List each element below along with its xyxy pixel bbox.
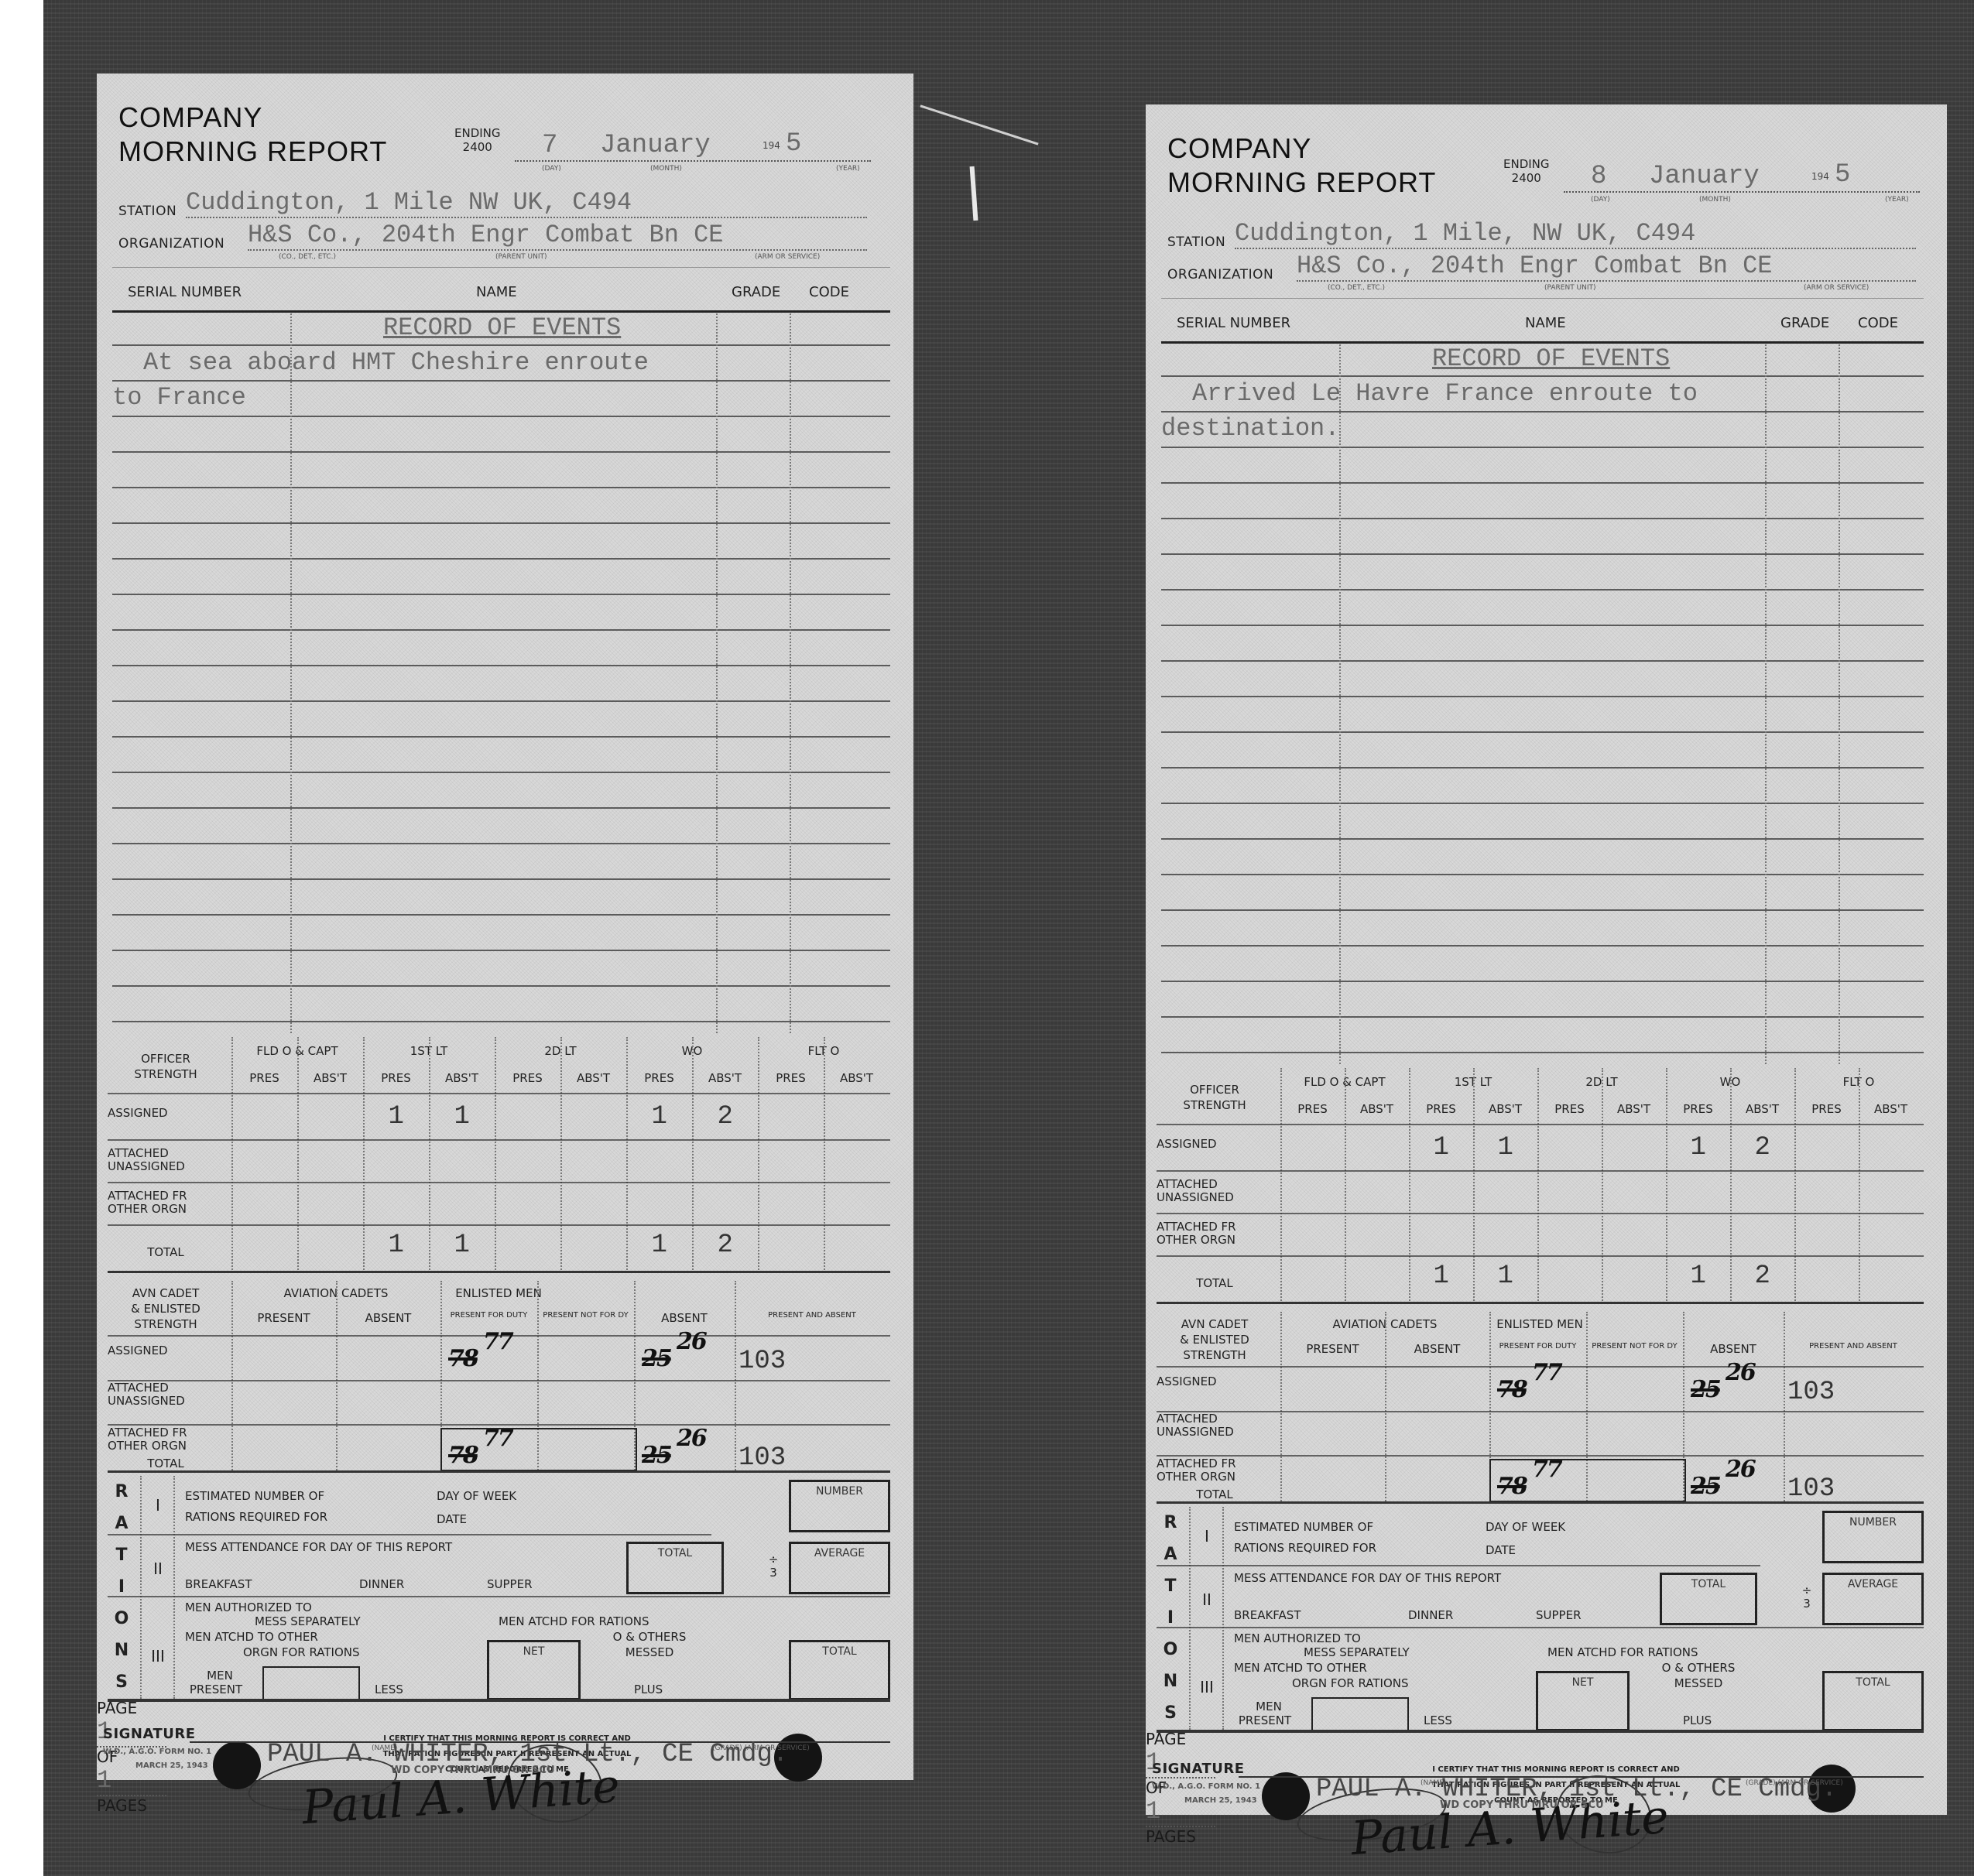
enlisted-label: AVN CADET	[108, 1287, 224, 1300]
dinner-label: DINNER	[359, 1578, 404, 1591]
record-line	[1161, 1052, 1924, 1053]
row-label-assigned: ASSIGNED	[108, 1107, 224, 1120]
day-of-week-label: DAY OF WEEK	[1486, 1521, 1565, 1534]
o-others-label: O & OTHERS	[1652, 1662, 1745, 1675]
column-divider	[1784, 1312, 1785, 1501]
enlisted-assigned-value: 77	[483, 1328, 512, 1355]
struck-value: 78	[1497, 1376, 1527, 1403]
men-authorized-label: MESS SEPARATELY	[255, 1615, 361, 1628]
enlisted-men-header: ENLISTED MEN	[1489, 1318, 1590, 1331]
column-divider	[290, 313, 293, 1033]
column-divider	[1473, 1068, 1475, 1304]
header-name: NAME	[1525, 315, 1566, 331]
column-divider	[1794, 1068, 1796, 1304]
record-line	[112, 807, 890, 809]
sub-label-month: (MONTH)	[650, 165, 682, 173]
station-field: Cuddington, 1 Mile, NW UK, C494	[1235, 219, 1916, 249]
ending-label: ENDING 2400	[454, 126, 501, 154]
table-divider	[108, 1271, 890, 1273]
ending-text: ENDING	[454, 126, 501, 140]
rations-letter: O	[1161, 1634, 1180, 1665]
dinner-label: DINNER	[1408, 1609, 1453, 1622]
record-line	[112, 487, 890, 488]
row-label-total: TOTAL	[1157, 1488, 1273, 1501]
column-divider	[1537, 1068, 1539, 1304]
officer-subcol-header: ABS'T	[560, 1072, 626, 1085]
header-code: CODE	[809, 284, 849, 300]
officer-label: OFFICER	[1157, 1083, 1273, 1097]
less-label: LESS	[1424, 1714, 1452, 1727]
enlisted-label: AVN CADET	[1157, 1318, 1273, 1331]
part-1-label: I	[142, 1499, 173, 1512]
sub-label-name: (NAME)	[1421, 1779, 1446, 1787]
enlisted-col-header: PRESENT	[1280, 1343, 1385, 1356]
page-label: PAGE	[1146, 1730, 1947, 1748]
men-atchd-other-label: ORGN FOR RATIONS	[243, 1646, 360, 1659]
estimated-rations-label: RATIONS REQUIRED FOR	[1234, 1542, 1376, 1555]
sub-label-grade: (GRADE) (ARM OR SERVICE)	[712, 1744, 810, 1752]
date-year-value: 5	[1835, 160, 1850, 190]
rations-section: RATIONSIIIIIIESTIMATED NUMBER OFRATIONS …	[108, 1476, 890, 1700]
signature-label: SIGNATURE	[1152, 1761, 1245, 1777]
estimated-rations-label: ESTIMATED NUMBER OF	[1234, 1521, 1373, 1534]
men-present-box	[1311, 1697, 1409, 1733]
record-line	[1161, 838, 1924, 840]
station-field: Cuddington, 1 Mile NW UK, C494	[186, 188, 867, 218]
title-line-2: MORNING REPORT	[118, 135, 387, 169]
enlisted-col-header: ABSENT	[336, 1312, 440, 1325]
officer-subcol-header: PRES	[1537, 1103, 1602, 1116]
rations-letter: R	[1161, 1507, 1180, 1539]
event-line-2: to France	[112, 383, 246, 412]
column-headers: SERIAL NUMBER NAME GRADE CODE	[112, 284, 890, 310]
supper-label: SUPPER	[487, 1578, 533, 1591]
column-divider	[1859, 1068, 1860, 1304]
rations-letter: T	[1161, 1570, 1180, 1602]
column-divider	[429, 1037, 430, 1273]
men-authorized-label: MESS SEPARATELY	[1304, 1646, 1410, 1659]
enlisted-strength-table: AVN CADET& ENLISTEDSTRENGTHAVIATION CADE…	[108, 1281, 890, 1474]
sub-label-year: (YEAR)	[1885, 196, 1909, 204]
enlisted-col-header: ABSENT	[1385, 1343, 1489, 1356]
mess-total-box: TOTAL	[1660, 1573, 1757, 1625]
record-line	[1161, 625, 1924, 626]
copy-note: WD COPY THRU MRU OR SCU	[1440, 1799, 1604, 1811]
o-others-label: MESSED	[603, 1646, 696, 1659]
average-box: AVERAGE	[789, 1542, 890, 1594]
row-divider	[108, 1596, 890, 1597]
divide-by-three: ÷ 3	[766, 1553, 781, 1580]
column-divider	[363, 1037, 365, 1273]
officer-label: STRENGTH	[108, 1068, 224, 1081]
part-2-label: II	[142, 1563, 173, 1576]
average-label: AVERAGE	[791, 1547, 888, 1559]
organization-field: H&S Co., 204th Engr Combat Bn CE	[1297, 252, 1916, 282]
enlisted-total-value: 26	[677, 1425, 706, 1452]
men-present-label: MEN	[1238, 1700, 1300, 1713]
officer-subcol-header: ABS'T	[1859, 1103, 1923, 1116]
men-atchd-other-label: ORGN FOR RATIONS	[1292, 1677, 1409, 1690]
net-box: NET	[487, 1640, 581, 1700]
officer-assigned-value: 1	[652, 1102, 667, 1131]
enlisted-col-header: PRESENT FOR DUTY	[1489, 1340, 1586, 1353]
supper-label: SUPPER	[1536, 1609, 1582, 1622]
events-heading: RECORD OF EVENTS	[1432, 344, 1670, 373]
men-present-label: PRESENT	[181, 1683, 251, 1696]
column-divider	[495, 1037, 496, 1273]
ending-time: 2400	[1503, 171, 1550, 185]
page-label: PAGE	[97, 1699, 913, 1717]
net-label: NET	[489, 1645, 578, 1658]
sub-label-arm: (ARM OR SERVICE)	[755, 253, 820, 261]
record-line	[1161, 1016, 1924, 1018]
rations-total-box: TOTAL	[789, 1640, 890, 1700]
sub-label-year: (YEAR)	[836, 165, 860, 173]
enlisted-total-value: 103	[739, 1443, 786, 1473]
row-divider	[1157, 1213, 1924, 1214]
rations-letter: N	[112, 1635, 131, 1666]
officer-total-value: 2	[1755, 1262, 1770, 1291]
enlisted-col-header: ABSENT	[634, 1312, 735, 1325]
officer-assigned-value: 1	[1498, 1133, 1513, 1162]
officer-subcol-header: PRES	[626, 1072, 692, 1085]
plus-label: PLUS	[634, 1683, 663, 1696]
enlisted-label: & ENLISTED	[1157, 1333, 1273, 1347]
sub-label-month: (MONTH)	[1699, 196, 1731, 204]
row-divider	[108, 1182, 890, 1183]
o-others-label: MESSED	[1652, 1677, 1745, 1690]
date-year-value: 5	[786, 129, 801, 159]
men-atchd-rations-label: MEN ATCHD FOR RATIONS	[499, 1615, 649, 1628]
date-label: DATE	[437, 1513, 467, 1526]
officer-assigned-value: 2	[1755, 1133, 1770, 1162]
rations-total-label: TOTAL	[791, 1645, 888, 1658]
header-name: NAME	[476, 284, 517, 300]
number-label: NUMBER	[791, 1485, 888, 1498]
record-line	[112, 985, 890, 987]
record-line	[1161, 696, 1924, 697]
enlisted-label: & ENLISTED	[108, 1303, 224, 1316]
row-label-assigned: ASSIGNED	[1157, 1138, 1273, 1151]
record-line	[112, 1021, 890, 1022]
header-divider	[1161, 341, 1924, 344]
column-divider	[716, 313, 718, 1033]
sub-label-name: (NAME)	[372, 1744, 397, 1752]
rations-total-label: TOTAL	[1825, 1676, 1921, 1689]
rations-letter: R	[112, 1476, 131, 1508]
record-line	[1161, 447, 1924, 448]
header-divider	[112, 310, 890, 313]
sub-label-parent: (PARENT UNIT)	[1544, 284, 1596, 292]
rations-letter: O	[112, 1603, 131, 1635]
officer-subcol-header: ABS'T	[1730, 1103, 1794, 1116]
organization-label: ORGANIZATION	[1167, 267, 1273, 282]
title-line-1: COMPANY	[118, 101, 387, 135]
struck-value: 25	[1691, 1473, 1720, 1500]
record-line	[1161, 803, 1924, 804]
average-label: AVERAGE	[1825, 1578, 1921, 1590]
row-label-total: TOTAL	[1157, 1277, 1273, 1290]
enlisted-men-header: ENLISTED MEN	[440, 1287, 557, 1300]
rations-letter: T	[112, 1539, 131, 1571]
officer-subcol-header: PRES	[495, 1072, 560, 1085]
date-label: DATE	[1486, 1544, 1516, 1557]
officer-subcol-header: PRES	[1666, 1103, 1730, 1116]
enlisted-col-header: ABSENT	[1683, 1343, 1784, 1356]
struck-value: 78	[448, 1345, 478, 1372]
number-label: NUMBER	[1825, 1516, 1921, 1529]
date-month-value: January	[600, 131, 711, 160]
row-divider	[1157, 1255, 1924, 1257]
struck-value: 25	[642, 1345, 671, 1372]
men-atchd-other-label: MEN ATCHD TO OTHER	[185, 1631, 318, 1644]
row-divider	[108, 1534, 711, 1535]
record-line	[1161, 731, 1924, 733]
total-box	[1489, 1459, 1686, 1502]
form-date: MARCH 25, 1943	[135, 1761, 208, 1770]
net-box: NET	[1536, 1671, 1630, 1731]
enlisted-label: STRENGTH	[1157, 1349, 1273, 1362]
title-line-1: COMPANY	[1167, 132, 1436, 166]
record-line	[112, 914, 890, 916]
copy-note: WD COPY THRU MRU OR SCU	[391, 1765, 555, 1776]
column-divider	[758, 1037, 759, 1273]
men-present-label: PRESENT	[1230, 1714, 1300, 1727]
morning-report-form-left: COMPANY MORNING REPORT ENDING 2400 7 Jan…	[97, 74, 913, 1780]
date-year-prefix: 194	[1811, 171, 1829, 182]
row-label-assigned: ASSIGNED	[108, 1344, 224, 1357]
record-line	[112, 380, 890, 382]
column-divider	[140, 1476, 142, 1699]
column-divider	[1280, 1312, 1282, 1501]
record-line	[112, 451, 890, 453]
officer-subcol-header: ABS'T	[1602, 1103, 1666, 1116]
sub-label-grade: (GRADE) (ARM OR SERVICE)	[1746, 1779, 1843, 1787]
estimated-rations-label: RATIONS REQUIRED FOR	[185, 1511, 327, 1524]
rations-letter: S	[1161, 1697, 1180, 1729]
part-1-label: I	[1191, 1530, 1222, 1543]
sub-label-unit: (CO., DET., ETC.)	[1328, 284, 1385, 292]
officer-assigned-value: 1	[1691, 1133, 1706, 1162]
struck-value: 25	[1691, 1376, 1720, 1403]
mess-attendance-label: MESS ATTENDANCE FOR DAY OF THIS REPORT	[185, 1541, 452, 1554]
form-date: MARCH 25, 1943	[1184, 1796, 1257, 1805]
record-line	[112, 950, 890, 951]
column-divider	[735, 1281, 736, 1470]
table-divider	[1157, 1302, 1924, 1304]
event-line-1: Arrived Le Havre France enroute to	[1192, 379, 1698, 408]
sub-label-arm: (ARM OR SERVICE)	[1804, 284, 1869, 292]
officer-assigned-value: 1	[1434, 1133, 1449, 1162]
mess-attendance-label: MESS ATTENDANCE FOR DAY OF THIS REPORT	[1234, 1572, 1501, 1585]
record-line	[1161, 660, 1924, 662]
officer-subcol-header: ABS'T	[1473, 1103, 1537, 1116]
number-box: NUMBER	[1822, 1511, 1924, 1563]
mess-total-label: TOTAL	[629, 1547, 721, 1559]
record-line	[1161, 553, 1924, 555]
less-label: LESS	[375, 1683, 403, 1696]
number-box: NUMBER	[789, 1480, 890, 1532]
record-line	[1161, 909, 1924, 911]
record-line	[112, 594, 890, 595]
record-line	[112, 772, 890, 773]
officer-strength-table: OFFICERSTRENGTHFLD O & CAPT1ST LT2D LTWO…	[108, 1037, 890, 1277]
officer-subcol-header: PRES	[231, 1072, 297, 1085]
officer-strength-table: OFFICERSTRENGTHFLD O & CAPT1ST LT2D LTWO…	[1157, 1068, 1924, 1308]
divide-by-three: ÷ 3	[1799, 1584, 1815, 1611]
column-divider	[1409, 1068, 1410, 1304]
column-divider	[1385, 1312, 1386, 1501]
table-divider	[108, 1470, 890, 1473]
column-divider	[1602, 1068, 1603, 1304]
row-divider	[108, 1380, 890, 1381]
date-month-value: January	[1649, 162, 1760, 191]
officer-total-value: 1	[454, 1231, 470, 1260]
rations-letter: I	[1161, 1602, 1180, 1634]
form-number: W.D., A.G.O. FORM NO. 1	[103, 1748, 211, 1756]
record-line	[112, 843, 890, 844]
header-grade: GRADE	[1780, 315, 1829, 331]
record-line	[112, 344, 890, 346]
enlisted-assigned-value: 26	[1726, 1359, 1755, 1386]
officer-assigned-value: 2	[718, 1102, 733, 1131]
enlisted-label: STRENGTH	[108, 1318, 224, 1331]
morning-report-form-right: COMPANY MORNING REPORT ENDING 2400 8 Jan…	[1146, 104, 1947, 1815]
row-divider	[1157, 1124, 1924, 1125]
header-serial: SERIAL NUMBER	[128, 284, 242, 300]
rations-letter: I	[112, 1571, 131, 1603]
column-divider	[1280, 1068, 1282, 1304]
column-divider	[1222, 1507, 1224, 1730]
officer-label: STRENGTH	[1157, 1099, 1273, 1112]
organization-label: ORGANIZATION	[118, 236, 224, 252]
rations-section: RATIONSIIIIIIESTIMATED NUMBER OFRATIONS …	[1157, 1507, 1924, 1731]
officer-total-value: 1	[1498, 1262, 1513, 1291]
row-label-total: TOTAL	[108, 1246, 224, 1259]
enlisted-strength-table: AVN CADET& ENLISTEDSTRENGTHAVIATION CADE…	[1157, 1312, 1924, 1505]
record-line	[112, 736, 890, 738]
enlisted-col-header: PRESENT AND ABSENT	[735, 1309, 889, 1322]
title-line-2: MORNING REPORT	[1167, 166, 1436, 200]
enlisted-assigned-value: 103	[1787, 1378, 1835, 1407]
ending-text: ENDING	[1503, 157, 1550, 171]
row-divider	[108, 1139, 890, 1141]
officer-subcol-header: ABS'T	[1345, 1103, 1409, 1116]
row-label-attached-other: ATTACHED FR OTHER ORGN	[1157, 1457, 1273, 1484]
station-label: STATION	[118, 204, 176, 219]
sub-label-parent: (PARENT UNIT)	[495, 253, 547, 261]
page-total: 1	[97, 1766, 166, 1796]
breakfast-label: BREAKFAST	[185, 1578, 252, 1591]
men-present-box	[262, 1666, 360, 1702]
row-label-attached-unassigned: ATTACHED UNASSIGNED	[108, 1381, 224, 1408]
rations-total-box: TOTAL	[1822, 1671, 1924, 1731]
officer-total-value: 1	[1434, 1262, 1449, 1291]
column-divider	[560, 1037, 562, 1273]
column-divider	[1189, 1507, 1191, 1730]
row-label-attached-unassigned: ATTACHED UNASSIGNED	[108, 1147, 224, 1173]
enlisted-assigned-value: 103	[739, 1347, 786, 1376]
enlisted-col-header: PRESENT	[231, 1312, 336, 1325]
record-line	[1161, 411, 1924, 413]
enlisted-col-header: PRESENT FOR DUTY	[440, 1309, 537, 1322]
form-number: W.D., A.G.O. FORM NO. 1	[1152, 1782, 1260, 1791]
date-day-value: 8	[1591, 162, 1606, 191]
record-line	[1161, 589, 1924, 591]
part-3-label: III	[142, 1650, 173, 1663]
record-line	[112, 878, 890, 880]
table-divider	[1157, 1501, 1924, 1504]
row-divider	[108, 1224, 890, 1226]
row-label-total: TOTAL	[108, 1457, 224, 1470]
header-grade: GRADE	[732, 284, 780, 300]
enlisted-total-value: 26	[1726, 1456, 1755, 1483]
column-divider	[1339, 344, 1342, 1064]
header-serial: SERIAL NUMBER	[1177, 315, 1290, 331]
day-of-week-label: DAY OF WEEK	[437, 1490, 516, 1503]
organization-field: H&S Co., 204th Engr Combat Bn CE	[248, 221, 867, 251]
enlisted-assigned-value: 26	[677, 1328, 706, 1355]
part-2-label: II	[1191, 1594, 1222, 1607]
plus-label: PLUS	[1683, 1714, 1712, 1727]
column-divider	[1839, 344, 1841, 1064]
row-divider	[1157, 1565, 1760, 1566]
estimated-rations-label: ESTIMATED NUMBER OF	[185, 1490, 324, 1503]
men-authorized-label: MEN AUTHORIZED TO	[185, 1601, 312, 1614]
form-title: COMPANY MORNING REPORT	[118, 101, 387, 169]
row-label-assigned: ASSIGNED	[1157, 1375, 1273, 1388]
row-label-attached-other: ATTACHED FR OTHER ORGN	[108, 1190, 224, 1216]
record-line	[1161, 981, 1924, 982]
column-divider	[1730, 1068, 1732, 1304]
record-line	[112, 665, 890, 666]
net-label: NET	[1538, 1676, 1627, 1689]
officer-subcol-header: PRES	[363, 1072, 429, 1085]
officer-total-value: 1	[389, 1231, 404, 1260]
record-line	[1161, 945, 1924, 947]
record-line	[1161, 518, 1924, 519]
column-divider	[231, 1281, 233, 1470]
column-headers: SERIAL NUMBER NAME GRADE CODE	[1161, 315, 1924, 341]
ending-time: 2400	[454, 140, 501, 154]
sub-label-day: (DAY)	[542, 165, 561, 173]
column-divider	[231, 1037, 233, 1273]
breakfast-label: BREAKFAST	[1234, 1609, 1301, 1622]
event-line-2: destination.	[1161, 414, 1339, 443]
record-line	[112, 700, 890, 702]
column-divider	[336, 1281, 338, 1470]
column-divider	[1765, 344, 1767, 1064]
o-others-label: O & OTHERS	[603, 1631, 696, 1644]
row-divider	[1157, 1627, 1924, 1628]
ending-label: ENDING 2400	[1503, 157, 1550, 185]
officer-total-value: 1	[652, 1231, 667, 1260]
officer-subcol-header: ABS'T	[297, 1072, 363, 1085]
officer-total-value: 1	[1691, 1262, 1706, 1291]
column-divider	[626, 1037, 628, 1273]
row-label-attached-other: ATTACHED FR OTHER ORGN	[108, 1426, 224, 1453]
record-line	[112, 522, 890, 524]
column-divider	[1345, 1068, 1346, 1304]
men-atchd-rations-label: MEN ATCHD FOR RATIONS	[1547, 1646, 1698, 1659]
rations-letter: N	[1161, 1665, 1180, 1697]
record-line	[112, 558, 890, 560]
row-label-attached-other: ATTACHED FR OTHER ORGN	[1157, 1220, 1273, 1247]
sub-label-unit: (CO., DET., ETC.)	[279, 253, 336, 261]
events-heading: RECORD OF EVENTS	[383, 313, 621, 342]
enlisted-col-header: PRESENT AND ABSENT	[1784, 1340, 1923, 1353]
record-line	[1161, 375, 1924, 377]
